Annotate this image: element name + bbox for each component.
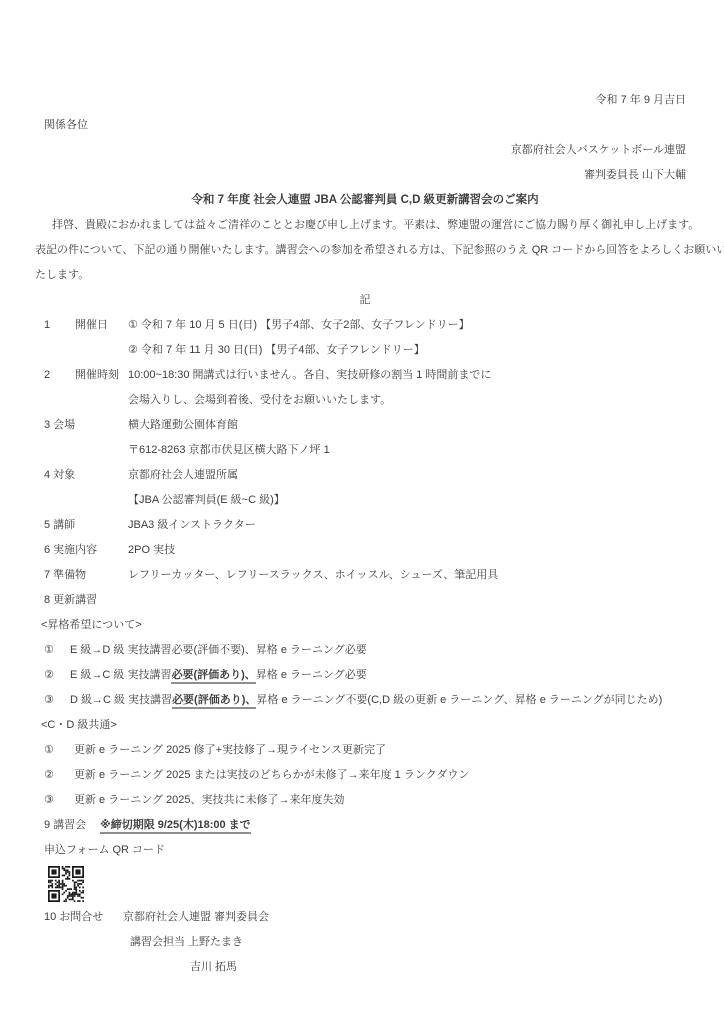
circled-number: ①: [44, 738, 74, 763]
agenda-item-4: 4 対象京都府社会人連盟所属: [44, 463, 686, 488]
agenda-item-3-line-2: 〒612-8263 京都市伏見区横大路下ノ坪 1: [44, 438, 686, 463]
item-head: 3 会場: [44, 413, 128, 438]
item-label: 開催時刻: [75, 363, 128, 388]
item-content: 京都府社会人連盟所属: [128, 469, 238, 481]
cd-item-2: ②更新 e ラーニング 2025 または実技のどちらかが未修了→来年度 1 ラン…: [44, 763, 686, 788]
cd-item-text: 更新 e ラーニング 2025 修了+実技修了→現ライセンス更新完了: [74, 744, 386, 756]
item-content: 横大路運動公園体育館: [128, 419, 238, 431]
contact-org: 京都府社会人連盟 審判委員会: [123, 911, 269, 923]
circled-number: ②: [44, 763, 74, 788]
item-number: 2: [44, 363, 75, 388]
section-heading-upgrade: <昇格希望について>: [41, 613, 686, 638]
contact-line-3: 吉川 拓馬: [44, 955, 686, 980]
circled-number: ③: [44, 788, 74, 813]
item-head: 4 対象: [44, 463, 128, 488]
cd-item-text: 更新 e ラーニング 2025 または実技のどちらかが未修了→来年度 1 ランク…: [74, 769, 469, 781]
organization-name: 京都府社会人バスケットボール連盟: [44, 138, 686, 163]
deadline-emphasis: ※締切期限 9/25(木)18:00 まで: [100, 819, 251, 834]
upgrade-item-text: D 級→C 級 実技講習: [70, 694, 172, 706]
document-title: 令和 7 年度 社会人連盟 JBA 公認審判員 C,D 級更新講習会のご案内: [44, 188, 686, 213]
cd-item-1: ①更新 e ラーニング 2025 修了+実技修了→現ライセンス更新完了: [44, 738, 686, 763]
item-head: 7 準備物: [44, 563, 128, 588]
upgrade-item-text: E 級→D 級 実技講習必要(評価不要)、昇格 e ラーニング必要: [70, 644, 367, 656]
upgrade-item-text-post: 昇格 e ラーニング不要(C,D 級の更新 e ラーニング、昇格 e ラーニング…: [256, 694, 662, 706]
cd-item-3: ③更新 e ラーニング 2025、実技共に未修了→来年度失効: [44, 788, 686, 813]
item-content: レフリーカッター、レフリースラックス、ホイッスル、シューズ、筆記用具: [128, 569, 498, 581]
greeting-line-1: 拝啓、貴殿におかれましては益々ご清祥のこととお慶び申し上げます。平素は、弊連盟の…: [44, 213, 686, 238]
item-content: 2PO 実技: [128, 544, 175, 556]
item-head: 5 講師: [44, 513, 128, 538]
addressee: 関係各位: [44, 113, 686, 138]
item-content: 10:00~18:30 開講式は行いません。各自、実技研修の割当 1 時間前まで…: [128, 369, 491, 381]
agenda-item-6: 6 実施内容2PO 実技: [44, 538, 686, 563]
agenda-item-5: 5 講師JBA3 級インストラクター: [44, 513, 686, 538]
upgrade-item-emphasis: 必要(評価あり)、: [172, 694, 256, 709]
item-head: 9 講習会: [44, 813, 100, 838]
ki-marker: 記: [44, 288, 686, 313]
agenda-item-4-line-2: 【JBA 公認審判員(E 級~C 級)】: [44, 488, 686, 513]
agenda-item-1: 1開催日① 令和 7 年 10 月 5 日(日) 【男子4部、女子2部、女子フレ…: [44, 313, 686, 338]
agenda-item-2-line-2: 会場入りし、会場到着後、受付をお願いいたします。: [44, 388, 686, 413]
agenda-item-3: 3 会場横大路運動公園体育館: [44, 413, 686, 438]
deadline-line: 9 講習会※締切期限 9/25(木)18:00 まで: [44, 813, 686, 838]
qr-code-image: [48, 865, 84, 903]
item-head: 6 実施内容: [44, 538, 128, 563]
circled-number: ③: [44, 688, 70, 713]
qr-code-block: [44, 863, 686, 905]
upgrade-item-2: ②E 級→C 級 実技講習必要(評価あり)、昇格 e ラーニング必要: [44, 663, 686, 688]
upgrade-item-text: E 級→C 級 実技講習: [70, 669, 171, 681]
item-number: 1: [44, 313, 75, 338]
agenda-item-2: 2開催時刻10:00~18:30 開講式は行いません。各自、実技研修の割当 1 …: [44, 363, 686, 388]
item-content: ① 令和 7 年 10 月 5 日(日) 【男子4部、女子2部、女子フレンドリー…: [128, 319, 470, 331]
section-heading-cd: <C・D 級共通>: [41, 713, 686, 738]
item-head: 8 更新講習: [44, 594, 97, 606]
agenda-item-8: 8 更新講習: [44, 588, 686, 613]
item-head: 10 お問合せ: [44, 905, 123, 930]
date-line: 令和 7 年 9 月吉日: [44, 88, 686, 113]
greeting-line-2: 表記の件について、下記の通り開催いたします。講習会への参加を希望される方は、下記…: [35, 238, 686, 263]
item-content: JBA3 級インストラクター: [128, 519, 256, 531]
document-page: 令和 7 年 9 月吉日 関係各位 京都府社会人バスケットボール連盟 審判委員長…: [0, 0, 724, 1024]
greeting-line-3: たします。: [35, 263, 686, 288]
agenda-item-7: 7 準備物レフリーカッター、レフリースラックス、ホイッスル、シューズ、筆記用具: [44, 563, 686, 588]
item-label: 開催日: [75, 313, 128, 338]
circled-number: ②: [44, 663, 70, 688]
upgrade-item-text-post: 昇格 e ラーニング必要: [256, 669, 367, 681]
qr-caption: 申込フォーム QR コード: [44, 838, 686, 863]
upgrade-item-3: ③D 級→C 級 実技講習必要(評価あり)、昇格 e ラーニング不要(C,D 級…: [44, 688, 686, 713]
upgrade-item-emphasis: 必要(評価あり)、: [171, 669, 255, 684]
upgrade-item-1: ①E 級→D 級 実技講習必要(評価不要)、昇格 e ラーニング必要: [44, 638, 686, 663]
sender-name: 審判委員長 山下大輔: [44, 163, 686, 188]
cd-item-text: 更新 e ラーニング 2025、実技共に未修了→来年度失効: [74, 794, 345, 806]
contact-line-1: 10 お問合せ京都府社会人連盟 審判委員会: [44, 905, 686, 930]
circled-number: ①: [44, 638, 70, 663]
contact-line-2: 講習会担当 上野たまき: [44, 930, 686, 955]
agenda-item-1-line-2: ② 令和 7 年 11 月 30 日(日) 【男子4部、女子フレンドリー】: [44, 338, 686, 363]
